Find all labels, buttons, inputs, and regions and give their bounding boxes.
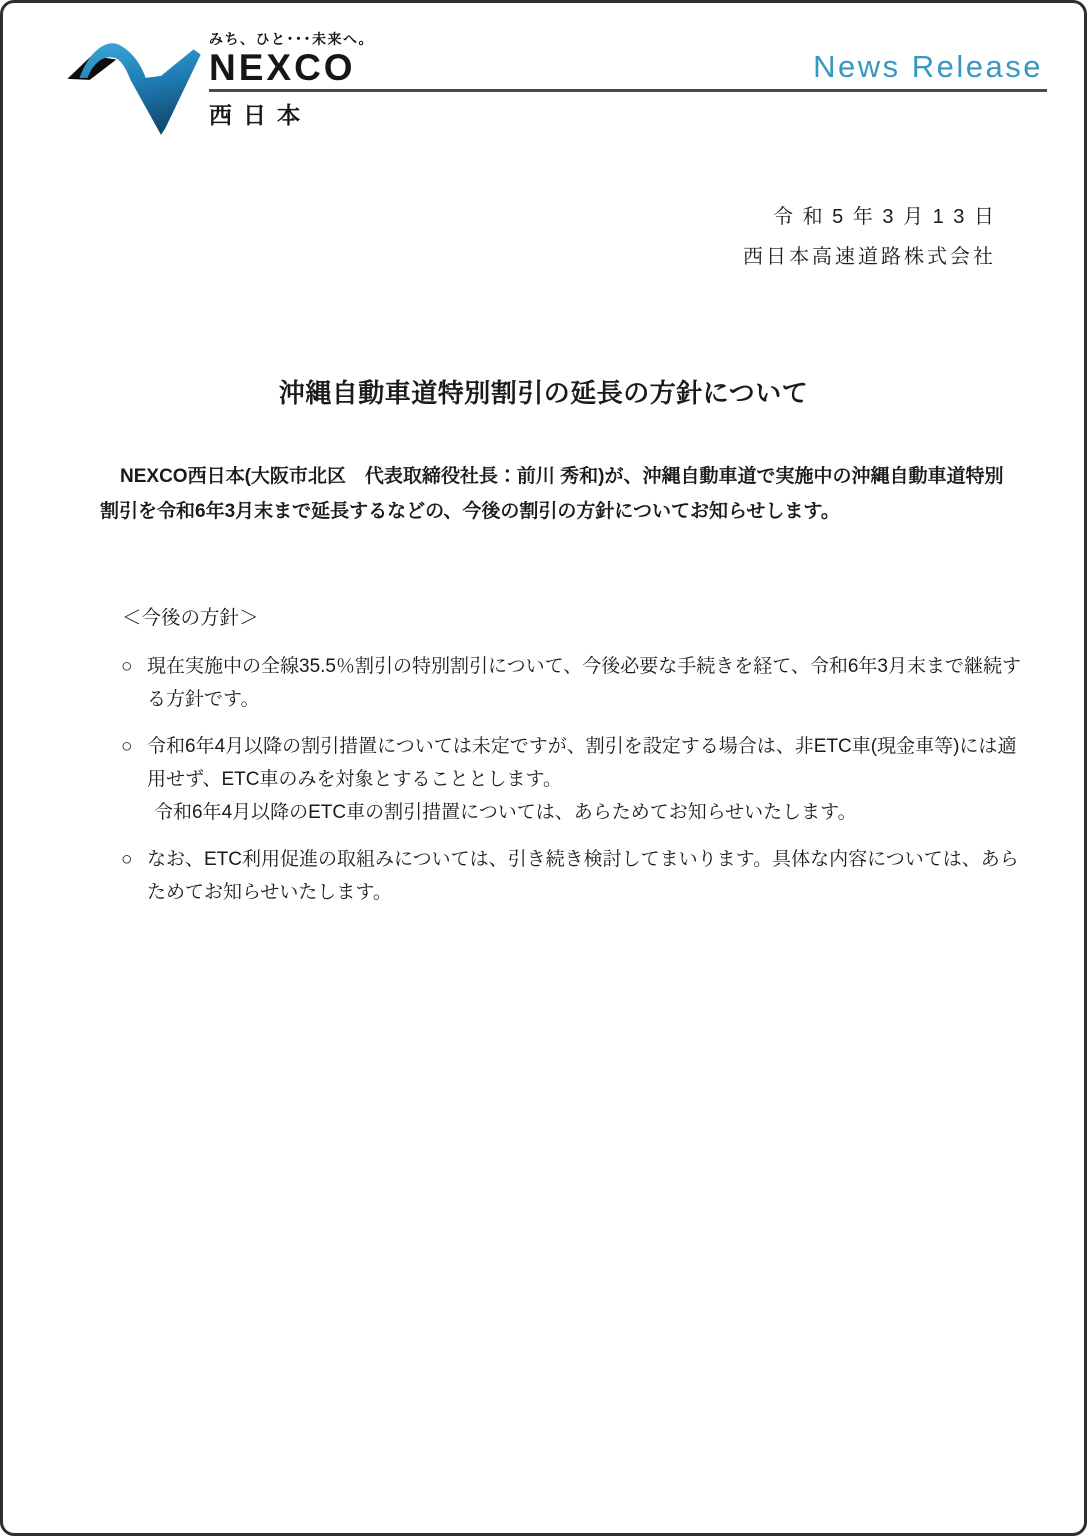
news-release-page: みち、ひと･･･未来へ。 NEXCO 西日本 News Release 令 和 … (0, 0, 1087, 1536)
list-item: ○ 現在実施中の全線35.5％割引の特別割引について、今後必要な手続きを経て、令… (121, 650, 1022, 716)
intro-line-2: 割引を令和6年3月末まで延長するなどの、今後の割引の方針についてお知らせします。 (100, 494, 1024, 529)
release-date: 令 和 5 年 3 月 1 3 日 (3, 200, 996, 229)
bullet-text: 現在実施中の全線35.5％割引の特別割引について、今後必要な手続きを経て、令和6… (147, 650, 1022, 716)
section-heading-future-policy: ＜今後の方針＞ (122, 602, 1084, 630)
bullet-text: なお、ETC利用促進の取組みについては、引き続き検討してまいります。具体な内容に… (147, 843, 1022, 909)
policy-bullet-list: ○ 現在実施中の全線35.5％割引の特別割引について、今後必要な手続きを経て、令… (3, 650, 1022, 909)
bullet-circle-marker: ○ (121, 730, 147, 829)
logo-text-block: みち、ひと･･･未来へ。 NEXCO 西日本 (209, 29, 374, 130)
list-item: ○ 令和6年4月以降の割引措置については未定ですが、割引を設定する場合は、非ET… (121, 730, 1022, 829)
company-name: 西日本高速道路株式会社 (3, 240, 996, 269)
bullet-text: 令和6年4月以降の割引措置については未定ですが、割引を設定する場合は、非ETC車… (147, 730, 1022, 829)
page-title: 沖縄自動車道特別割引の延長の方針について (3, 373, 1084, 410)
logo-blue-ribbon (80, 43, 201, 135)
news-release-label: News Release (813, 49, 1043, 85)
header: みち、ひと･･･未来へ。 NEXCO 西日本 News Release (3, 3, 1084, 153)
bullet-circle-marker: ○ (121, 650, 147, 716)
logo-tagline: みち、ひと･･･未来へ。 (209, 29, 374, 48)
intro-line-1: NEXCO西日本(大阪市北区 代表取締役社長：前川 秀和)が、沖縄自動車道で実施… (100, 459, 1024, 494)
logo-region: 西日本 (209, 97, 374, 130)
intro-paragraph: NEXCO西日本(大阪市北区 代表取締役社長：前川 秀和)が、沖縄自動車道で実施… (100, 459, 1024, 529)
header-divider (209, 89, 1047, 92)
logo-brand: NEXCO (209, 48, 374, 88)
bullet-circle-marker: ○ (121, 843, 147, 909)
meta-block: 令 和 5 年 3 月 1 3 日 西日本高速道路株式会社 (3, 200, 1084, 269)
nexco-logo-icon (59, 27, 207, 141)
list-item: ○ なお、ETC利用促進の取組みについては、引き続き検討してまいります。具体な内… (121, 843, 1022, 909)
bullet-paragraph-1: 令和6年4月以降の割引措置については未定ですが、割引を設定する場合は、非ETC車… (147, 736, 1016, 790)
bullet-paragraph-2: 令和6年4月以降のETC車の割引措置については、あらためてお知らせいたします。 (147, 796, 1022, 829)
